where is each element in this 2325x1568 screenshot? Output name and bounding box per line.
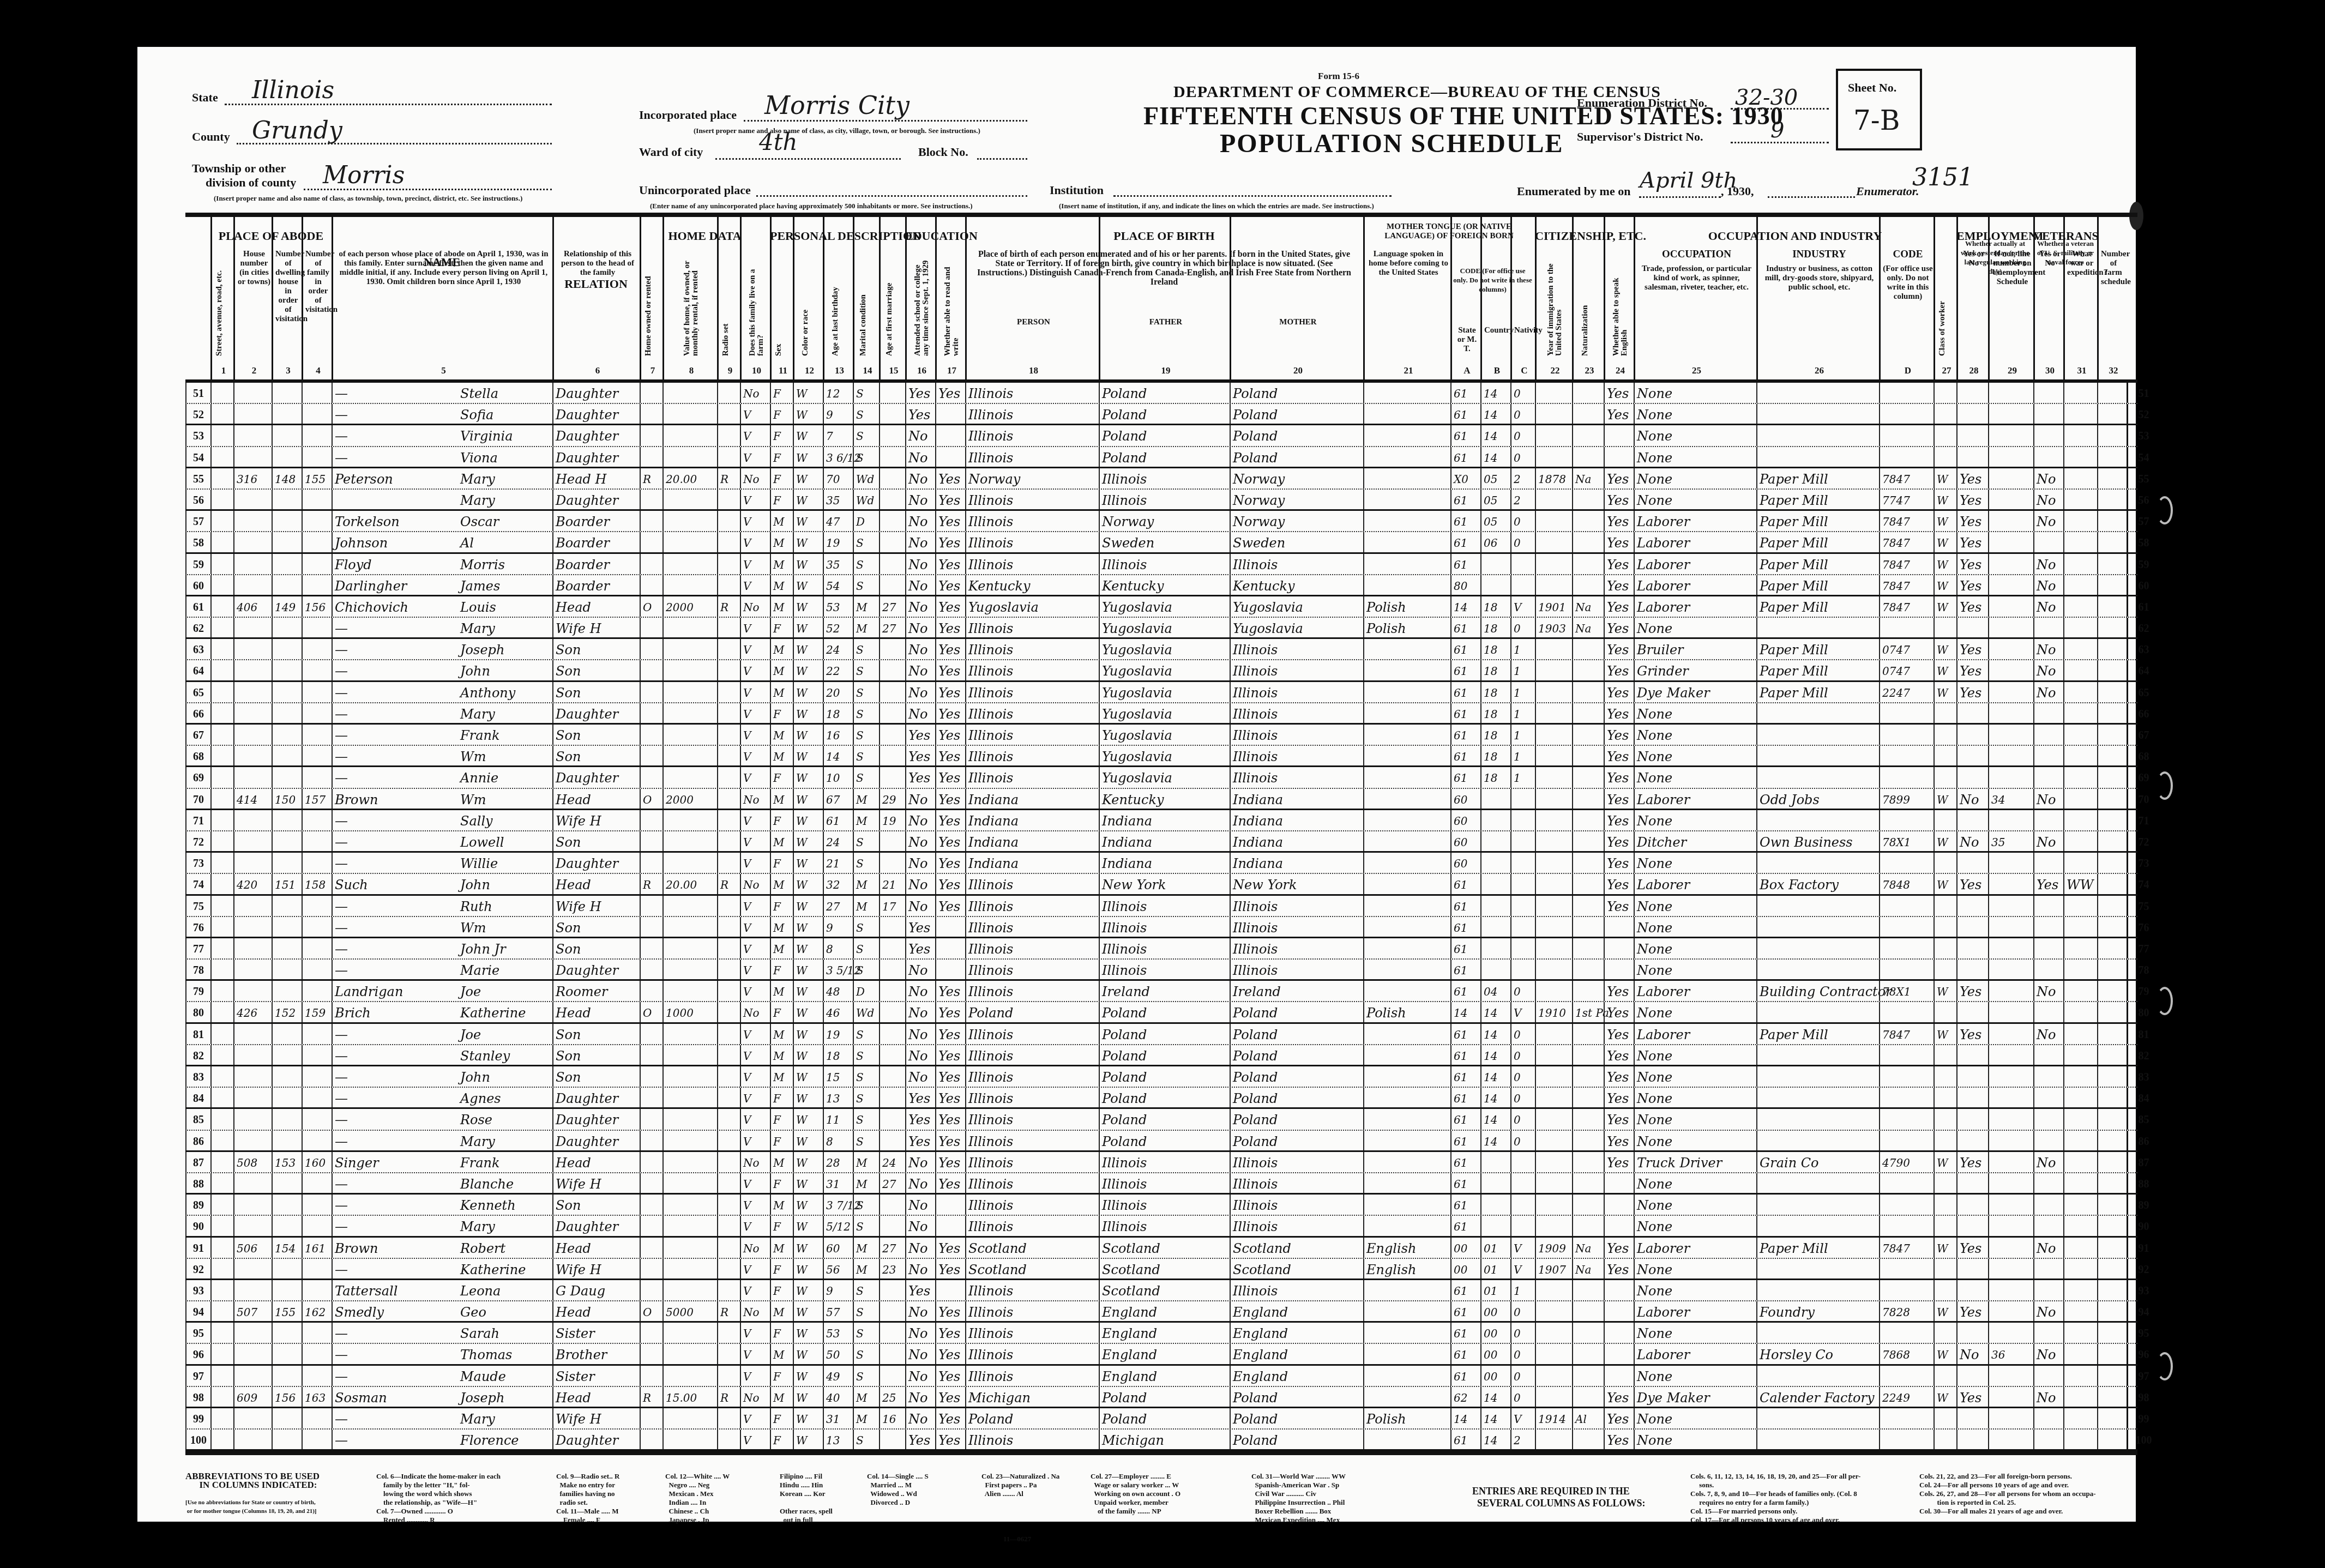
cell-first-marriage: [879, 831, 905, 851]
cell-age: 54: [823, 575, 853, 595]
cell-father-birth: Michigan: [1099, 1430, 1230, 1449]
cell-farm: V: [740, 1408, 770, 1428]
given-name: John Jr: [460, 942, 506, 957]
cell-age: 9: [823, 404, 853, 424]
cell-school: No: [905, 981, 935, 1001]
surname: —: [335, 767, 460, 789]
cell-occupation: Laborer: [1634, 575, 1756, 595]
cell-value: [662, 1066, 717, 1087]
cell-marital: S: [853, 1280, 879, 1300]
cell-farm: No: [740, 874, 770, 894]
cell-value: [662, 703, 717, 723]
cell-codeD: [1879, 1045, 1934, 1065]
cell-worker-class: [1934, 725, 1956, 745]
cell-farm: V: [740, 1173, 770, 1193]
cell-father-birth: Kentucky: [1099, 575, 1230, 595]
cell-farm-schedule: [2097, 447, 2127, 467]
cell-veteran: [2033, 960, 2063, 979]
column-number: 27: [1935, 365, 1958, 376]
cell-birth: Illinois: [965, 639, 1099, 659]
cell-line: 85: [185, 1109, 210, 1129]
table-row: 59FloydMorrisBoarderVMW35SNoYesIllinoisI…: [185, 554, 2137, 575]
cell-school: No: [905, 789, 935, 809]
cell-war: [2063, 725, 2097, 745]
cell-race: W: [793, 1430, 823, 1449]
cell-value: [662, 490, 717, 509]
cell-marital: S: [853, 1195, 879, 1215]
cell-age: 24: [823, 831, 853, 851]
cell-codeC: 0: [1510, 1109, 1535, 1129]
cell-relation: Sister: [552, 1323, 640, 1343]
person-name: —Wm: [332, 746, 552, 765]
cell-dwelling: [272, 618, 302, 637]
table-row: 93TattersallLeonaG DaugVFW9SYesIllinoisS…: [185, 1280, 2137, 1301]
cell-war: [2063, 404, 2097, 424]
cell-veteran: No: [2033, 639, 2063, 659]
surname: —: [335, 1344, 460, 1366]
cell-tongue: [1363, 917, 1450, 937]
header-value: Value of home, if owned, or monthly rent…: [662, 217, 717, 379]
cell-codeA: 61: [1450, 1195, 1480, 1215]
cell-relation: Son: [552, 831, 640, 851]
cell-read: Yes: [935, 596, 965, 617]
cell-age: 19: [823, 1024, 853, 1044]
cell-age: 20: [823, 682, 853, 702]
cell-codeA: 14: [1450, 1002, 1480, 1022]
cell-at-work: [1956, 1066, 1988, 1087]
enum-district-label: Enumeration District No.: [1577, 96, 1707, 110]
cell-industry: [1756, 1280, 1879, 1300]
cell-first-marriage: [879, 725, 905, 745]
cell-line: 95: [185, 1323, 210, 1343]
cell-codeC: [1510, 938, 1535, 958]
table-row: 100—FlorenceDaughterVFW13SYesYesIllinois…: [185, 1430, 2137, 1451]
cell-school: Yes: [905, 1430, 935, 1449]
cell-birth: Illinois: [965, 404, 1099, 424]
cell-read: [935, 404, 965, 424]
cell-farm: No: [740, 383, 770, 403]
cell-relation: Head: [552, 596, 640, 617]
person-name: —Mary: [332, 1131, 552, 1150]
cell-house: [233, 618, 272, 637]
cell-marital: M: [853, 1173, 879, 1193]
cell-english: Yes: [1604, 1088, 1634, 1107]
surname: —: [335, 639, 460, 661]
cell-worker-class: W: [1934, 532, 1956, 552]
cell-first-marriage: 27: [879, 1173, 905, 1193]
cell-war: [2063, 831, 2097, 851]
cell-street: [210, 810, 233, 830]
cell-house: [233, 1195, 272, 1215]
cell-value: [662, 1152, 717, 1172]
cell-immigration: [1535, 425, 1572, 445]
cell-dwelling: [272, 575, 302, 595]
column-number: 28: [1958, 365, 1990, 376]
header-dwelling: Number of dwelling house in order of vis…: [272, 217, 302, 379]
cell-unemp-line: [1988, 1387, 2033, 1407]
cell-dwelling: [272, 383, 302, 403]
cell-tongue: [1363, 1280, 1450, 1300]
cell-birth: Illinois: [965, 725, 1099, 745]
cell-codeB: [1480, 938, 1510, 958]
cell-english: Yes: [1604, 404, 1634, 424]
table-row: 80426152159BrichKatherineHeadO1000NoFW46…: [185, 1002, 2137, 1023]
cell-family: [302, 425, 332, 445]
cell-dwelling: 152: [272, 1002, 302, 1022]
cell-immigration: [1535, 853, 1572, 873]
cell-birth: Illinois: [965, 1109, 1099, 1129]
cell-family: [302, 1280, 332, 1300]
cell-line: 91: [2127, 1238, 2159, 1258]
cell-dwelling: [272, 917, 302, 937]
surname: —: [335, 853, 460, 875]
cell-war: [2063, 511, 2097, 531]
cell-at-work: Yes: [1956, 1387, 1988, 1407]
cell-naturalization: [1572, 831, 1604, 851]
cell-marital: S: [853, 532, 879, 552]
cell-radio: [717, 447, 740, 467]
cell-naturalization: [1572, 1152, 1604, 1172]
cell-at-work: [1956, 1002, 1988, 1022]
cell-at-work: Yes: [1956, 1152, 1988, 1172]
cell-naturalization: [1572, 810, 1604, 830]
cell-english: Yes: [1604, 1387, 1634, 1407]
cell-father-birth: Poland: [1099, 404, 1230, 424]
cell-read: Yes: [935, 853, 965, 873]
enumerator-line: [1768, 196, 1855, 198]
cell-first-marriage: [879, 511, 905, 531]
header-text: Whether able to read and write: [944, 252, 960, 356]
cell-first-marriage: [879, 1301, 905, 1321]
cell-codeC: [1510, 789, 1535, 809]
cell-father-birth: Illinois: [1099, 960, 1230, 979]
cell-line: 61: [2127, 596, 2159, 617]
cell-codeA: 61: [1450, 1344, 1480, 1364]
cell-occupation: None: [1634, 1088, 1756, 1107]
cell-english: Yes: [1604, 1131, 1634, 1150]
cell-worker-class: [1934, 404, 1956, 424]
surname: Tattersall: [335, 1280, 460, 1302]
cell-english: Yes: [1604, 703, 1634, 723]
cell-dwelling: [272, 425, 302, 445]
cell-line: 73: [2127, 853, 2159, 873]
cell-first-marriage: [879, 981, 905, 1001]
cell-mother-birth: Illinois: [1230, 746, 1363, 765]
cell-farm-schedule: [2097, 1045, 2127, 1065]
person-name: TattersallLeona: [332, 1280, 552, 1300]
cell-codeC: [1510, 874, 1535, 894]
cell-marital: M: [853, 810, 879, 830]
cell-school: No: [905, 1408, 935, 1428]
cell-occupation: Truck Driver: [1634, 1152, 1756, 1172]
unincorporated-line: [756, 195, 1027, 197]
cell-line: 93: [2127, 1280, 2159, 1300]
column-number: B: [1482, 365, 1512, 376]
cell-at-work: [1956, 447, 1988, 467]
cell-codeD: [1879, 1408, 1934, 1428]
cell-at-work: No: [1956, 789, 1988, 809]
cell-codeA: 61: [1450, 1066, 1480, 1087]
cell-worker-class: W: [1934, 831, 1956, 851]
cell-veteran: [2033, 1216, 2063, 1235]
header-text: CODE(For office use only. Do not write i…: [1883, 250, 1933, 301]
cell-birth: Scotland: [965, 1238, 1099, 1258]
table-row: 61406149156ChichovichLouisHeadO2000RNoMW…: [185, 596, 2137, 618]
surname: Brown: [335, 789, 460, 811]
cell-english: [1604, 1301, 1634, 1321]
cell-sex: M: [770, 1344, 793, 1364]
cell-codeC: [1510, 810, 1535, 830]
cell-relation: Boarder: [552, 575, 640, 595]
cell-unemp-line: [1988, 1259, 2033, 1278]
cell-at-work: [1956, 425, 1988, 445]
cell-line: 74: [2127, 874, 2159, 894]
cell-codeC: 0: [1510, 404, 1535, 424]
cell-line: 92: [185, 1259, 210, 1278]
cell-codeC: 1: [1510, 1280, 1535, 1300]
cell-birth: Illinois: [965, 425, 1099, 445]
cell-tongue: [1363, 1173, 1450, 1193]
cell-naturalization: [1572, 575, 1604, 595]
cell-house: [233, 917, 272, 937]
cell-school: No: [905, 575, 935, 595]
cell-occupation: Laborer: [1634, 981, 1756, 1001]
cell-relation: Daughter: [552, 703, 640, 723]
cell-codeC: V: [1510, 1408, 1535, 1428]
cell-father-birth: Poland: [1099, 1045, 1230, 1065]
cell-value: 2000: [662, 789, 717, 809]
cell-english: Yes: [1604, 532, 1634, 552]
header-family: Number of family in order of visitation4: [302, 217, 332, 379]
cell-immigration: [1535, 896, 1572, 916]
given-name: Frank: [460, 1155, 499, 1171]
cell-codeB: 14: [1480, 1088, 1510, 1107]
cell-race: W: [793, 789, 823, 809]
cell-farm-schedule: [2097, 383, 2127, 403]
cell-codeA: 60: [1450, 810, 1480, 830]
cell-occupation: Ditcher: [1634, 831, 1756, 851]
header-text: Sex: [775, 252, 783, 356]
cell-industry: Paper Mill: [1756, 596, 1879, 617]
cell-codeA: 61: [1450, 746, 1480, 765]
cell-marital: M: [853, 896, 879, 916]
cell-unemp-line: [1988, 917, 2033, 937]
cell-occupation: None: [1634, 938, 1756, 958]
cell-father-birth: Sweden: [1099, 532, 1230, 552]
cell-codeD: [1879, 938, 1934, 958]
header-father_birth: FATHER19: [1099, 217, 1230, 379]
cell-codeA: X0: [1450, 468, 1480, 489]
cell-father-birth: Illinois: [1099, 554, 1230, 574]
cell-father-birth: Indiana: [1099, 831, 1230, 851]
cell-race: W: [793, 404, 823, 424]
cell-family: [302, 1131, 332, 1150]
cell-birth: Indiana: [965, 853, 1099, 873]
cell-line: 92: [2127, 1259, 2159, 1278]
cell-occupation: Laborer: [1634, 1024, 1756, 1044]
cell-naturalization: [1572, 1109, 1604, 1129]
cell-relation: Daughter: [552, 960, 640, 979]
cell-value: [662, 1131, 717, 1150]
cell-veteran: [2033, 425, 2063, 445]
cell-immigration: [1535, 1323, 1572, 1343]
cell-tongue: [1363, 853, 1450, 873]
cell-war: [2063, 1387, 2097, 1407]
cell-owned: [640, 1344, 662, 1364]
cell-birth: Norway: [965, 468, 1099, 489]
cell-value: 20.00: [662, 874, 717, 894]
cell-school: No: [905, 490, 935, 509]
cell-codeC: 0: [1510, 981, 1535, 1001]
cell-sex: M: [770, 511, 793, 531]
cell-first-marriage: [879, 468, 905, 489]
cell-family: [302, 725, 332, 745]
cell-at-work: [1956, 853, 1988, 873]
cell-immigration: [1535, 1066, 1572, 1087]
cell-dwelling: [272, 1259, 302, 1278]
cell-marital: M: [853, 874, 879, 894]
cell-worker-class: W: [1934, 468, 1956, 489]
cell-farm: V: [740, 1216, 770, 1235]
cell-owned: O: [640, 789, 662, 809]
cell-codeB: [1480, 1216, 1510, 1235]
person-name: —Thomas: [332, 1344, 552, 1364]
cell-war: [2063, 810, 2097, 830]
cell-tongue: [1363, 639, 1450, 659]
cell-owned: [640, 981, 662, 1001]
cell-codeC: [1510, 831, 1535, 851]
cell-relation: Daughter: [552, 1430, 640, 1449]
cell-naturalization: [1572, 981, 1604, 1001]
cell-family: [302, 917, 332, 937]
cell-dwelling: [272, 938, 302, 958]
given-name: Mary: [460, 1134, 495, 1149]
column-number: 12: [794, 365, 824, 376]
cell-read: Yes: [935, 618, 965, 637]
cell-unemp-line: [1988, 1323, 2033, 1343]
cell-worker-class: [1934, 853, 1956, 873]
institution-label: Institution: [1050, 183, 1104, 197]
cell-codeB: 14: [1480, 1387, 1510, 1407]
cell-owned: [640, 960, 662, 979]
cell-codeD: 7847: [1879, 1024, 1934, 1044]
cell-farm-schedule: [2097, 725, 2127, 745]
cell-immigration: [1535, 981, 1572, 1001]
cell-immigration: [1535, 1088, 1572, 1107]
column-number: 2: [235, 365, 273, 376]
cell-tongue: [1363, 896, 1450, 916]
cell-industry: Paper Mill: [1756, 639, 1879, 659]
cell-codeB: 18: [1480, 703, 1510, 723]
cell-industry: [1756, 1366, 1879, 1386]
cell-street: [210, 1366, 233, 1386]
cell-unemp-line: [1988, 447, 2033, 467]
cell-relation: Head: [552, 789, 640, 809]
cell-marital: S: [853, 1216, 879, 1235]
cell-street: [210, 1002, 233, 1022]
cell-school: No: [905, 1387, 935, 1407]
cell-occupation: None: [1634, 1195, 1756, 1215]
person-name: —Mary: [332, 1408, 552, 1428]
cell-race: W: [793, 1088, 823, 1107]
cell-codeB: [1480, 810, 1510, 830]
cell-codeB: 05: [1480, 468, 1510, 489]
cell-owned: [640, 1152, 662, 1172]
cell-naturalization: [1572, 725, 1604, 745]
cell-age: 18: [823, 1045, 853, 1065]
cell-at-work: [1956, 917, 1988, 937]
cell-at-work: [1956, 960, 1988, 979]
cell-relation: Boarder: [552, 532, 640, 552]
person-name: —Marie: [332, 960, 552, 979]
table-row: 69—AnnieDaughterVFW10SYesYesIllinoisYugo…: [185, 767, 2137, 788]
cell-codeB: 14: [1480, 1024, 1510, 1044]
cell-dwelling: [272, 810, 302, 830]
cell-industry: Paper Mill: [1756, 660, 1879, 680]
cell-father-birth: Illinois: [1099, 1195, 1230, 1215]
cell-street: [210, 831, 233, 851]
cell-war: [2063, 639, 2097, 659]
cell-farm: V: [740, 1366, 770, 1386]
cell-father-birth: Norway: [1099, 511, 1230, 531]
cell-at-work: [1956, 1366, 1988, 1386]
cell-street: [210, 490, 233, 509]
cell-mother-birth: England: [1230, 1301, 1363, 1321]
header-text: Home owned or rented: [645, 252, 653, 356]
cell-line: 63: [2127, 639, 2159, 659]
cell-dwelling: [272, 404, 302, 424]
surname: —: [335, 896, 460, 918]
cell-family: [302, 1366, 332, 1386]
cell-veteran: No: [2033, 511, 2063, 531]
cell-value: [662, 383, 717, 403]
cell-first-marriage: [879, 1366, 905, 1386]
cell-immigration: [1535, 1430, 1572, 1449]
cell-read: Yes: [935, 1066, 965, 1087]
cell-father-birth: New York: [1099, 874, 1230, 894]
cell-race: W: [793, 490, 823, 509]
cell-farm: V: [740, 660, 770, 680]
cell-mother-birth: Poland: [1230, 1387, 1363, 1407]
cell-house: [233, 810, 272, 830]
cell-dwelling: [272, 1408, 302, 1428]
cell-birth: Illinois: [965, 554, 1099, 574]
person-name: —Florence: [332, 1430, 552, 1449]
cell-value: 1000: [662, 1002, 717, 1022]
cell-at-work: [1956, 1259, 1988, 1278]
header-text: Naturalization: [1581, 252, 1589, 356]
cell-worker-class: [1934, 447, 1956, 467]
cell-at-work: [1956, 1045, 1988, 1065]
cell-line: 96: [2127, 1344, 2159, 1364]
cell-relation: Head: [552, 874, 640, 894]
person-name: SingerFrank: [332, 1152, 552, 1172]
table-row: 53—VirginiaDaughterVFW7SNoIllinoisPoland…: [185, 425, 2137, 447]
cell-mother-birth: Poland: [1230, 1131, 1363, 1150]
cell-radio: [717, 1152, 740, 1172]
cell-farm-schedule: [2097, 874, 2127, 894]
cell-immigration: [1535, 917, 1572, 937]
cell-industry: [1756, 725, 1879, 745]
cell-codeD: [1879, 1366, 1934, 1386]
cell-birth: Illinois: [965, 618, 1099, 637]
cell-codeA: 61: [1450, 554, 1480, 574]
cell-mother-birth: Illinois: [1230, 1152, 1363, 1172]
table-row: 95—SarahSisterVFW53SNoYesIllinoisEngland…: [185, 1323, 2137, 1344]
cell-line: 72: [185, 831, 210, 851]
cell-codeA: 61: [1450, 404, 1480, 424]
given-name: Thomas: [460, 1347, 512, 1362]
